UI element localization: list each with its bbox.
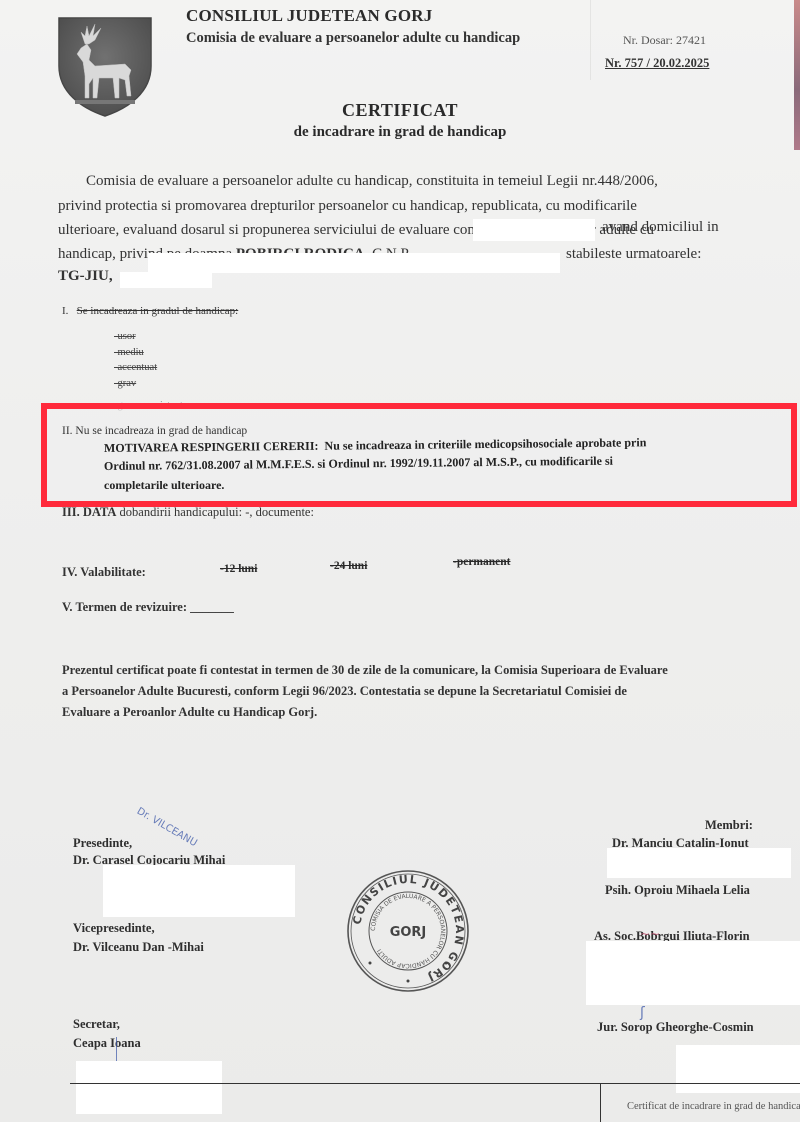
review-term: V. Termen de revizuire: _______ <box>62 600 234 615</box>
option-accentuat: -accentuat <box>114 362 157 373</box>
redacted-secretary-signature <box>76 1061 222 1114</box>
secretary-name: Ceapa Ioana <box>73 1036 141 1051</box>
member-2-name: Psih. Oproiu Mihaela Lelia <box>605 883 750 898</box>
option-mediu: -mediu <box>114 347 144 358</box>
footer-text: Certificat de incadrare in grad de handi… <box>627 1101 800 1112</box>
footer-divider <box>70 1083 800 1084</box>
section-3-text: dobandirii handicapului: -, documente: <box>120 505 314 519</box>
rejection-line-1: Nu se incadreaza in criteriile medicopsi… <box>324 435 646 452</box>
city: TG-JIU, <box>58 268 113 285</box>
certificate-subtitle: de incadrare in grad de handicap <box>0 124 800 141</box>
section-3-label: III. DATA <box>62 505 116 519</box>
dosar-number: Nr. Dosar: 27421 <box>623 33 706 48</box>
redacted-president-signature <box>103 865 295 917</box>
redacted-address <box>148 253 560 273</box>
official-stamp-icon: CONSILIUL JUDETEAN GORJ COMISIA DE EVALU… <box>345 868 471 994</box>
member-3-signature-ink: ~~ <box>640 927 660 941</box>
ink-annotation: Dr. VILCEANU <box>135 806 199 849</box>
redacted-address-2 <box>120 272 212 288</box>
redacted-cnp <box>473 219 595 241</box>
member-4-name: Jur. Sorop Gheorghe-Cosmin <box>597 1020 754 1035</box>
section-1-title: Se incadreaza in gradul de handicap: <box>77 305 239 317</box>
intro-line-5-end: stabileste urmatoarele: <box>566 246 701 263</box>
contest-line-3: Evaluare a Peroanlor Adulte cu Handicap … <box>62 705 317 720</box>
contest-line-1: Prezentul certificat poate fi contestat … <box>62 663 668 678</box>
certificate-title: CERTIFICAT <box>0 100 800 121</box>
commission-name: Comisia de evaluare a persoanelor adulte… <box>186 30 520 47</box>
svg-text:GORJ: GORJ <box>390 925 427 940</box>
section-1-label: I. <box>62 305 68 317</box>
footer-vertical-divider <box>600 1083 601 1122</box>
validity-24-months: -24 luni <box>330 560 367 572</box>
secretary-label: Secretar, <box>73 1017 120 1032</box>
validity-permanent: -permanent <box>453 556 511 568</box>
review-term-value: _______ <box>190 600 234 614</box>
member-4-signature-ink: ʃ <box>640 1005 645 1021</box>
review-term-label: V. Termen de revizuire: <box>62 600 187 614</box>
paper-fold <box>590 0 591 80</box>
intro-line-2: privind protectia si promovarea drepturi… <box>58 198 637 215</box>
members-label: Membri: <box>705 818 753 833</box>
section-2-title: II. Nu se incadreaza in grad de handicap <box>62 425 247 437</box>
president-label: Presedinte, <box>73 836 132 851</box>
vice-president-name: Dr. Vilceanu Dan -Mihai <box>73 940 204 955</box>
section-3: III. DATA dobandirii handicapului: -, do… <box>62 505 314 520</box>
redacted-member-1-signature <box>607 848 791 878</box>
option-grav: -grav <box>114 378 136 389</box>
contest-line-2: a Persoanelor Adulte Bucuresti, conform … <box>62 684 627 699</box>
rejection-label: MOTIVAREA RESPINGERII CERERII: <box>104 439 319 455</box>
rejection-line-3: completarile ulterioare. <box>104 478 224 493</box>
institution-name: CONSILIUL JUDETEAN GORJ <box>186 6 432 26</box>
document-page: CONSILIUL JUDETEAN GORJ Comisia de evalu… <box>0 0 800 1122</box>
redacted-member-4-signature <box>676 1045 800 1093</box>
intro-line-1: Comisia de evaluare a persoanelor adulte… <box>86 173 658 190</box>
validity-12-months: -12 luni <box>220 563 257 575</box>
redacted-member-3-signature <box>586 941 800 1005</box>
option-usor: -usor <box>114 331 136 342</box>
section-1: I. Se incadreaza in gradul de handicap: <box>62 305 238 317</box>
intro-line-4-end: avand domiciliul in <box>602 219 719 236</box>
vice-president-label: Vicepresedinte, <box>73 921 155 936</box>
validity-label: IV. Valabilitate: <box>62 565 146 580</box>
registration-number: Nr. 757 / 20.02.2025 <box>605 56 709 71</box>
